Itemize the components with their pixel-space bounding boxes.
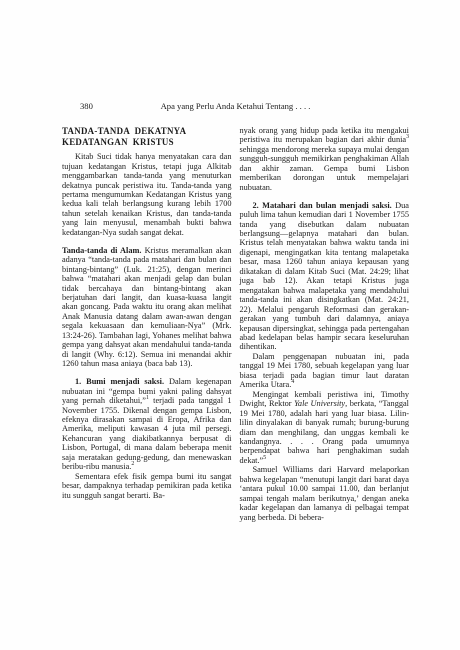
run-in-heading: Tanda-tanda di Alam. <box>62 246 141 255</box>
run-in-heading: 2. Matahari dan bulan menjadi saksi. <box>253 201 392 210</box>
paragraph-text: Dua puluh lima tahun kemudian dari 1 Nov… <box>240 201 410 352</box>
section-title-line2: KEDATANGAN KRISTUS <box>62 137 232 148</box>
paragraph-text: terjadi pada tanggal 1 November 1755. Di… <box>62 396 232 471</box>
paragraph-continuation: nyak orang yang hidup pada ketika itu me… <box>240 126 410 192</box>
running-header: 380 Apa yang Perlu Anda Ketahui Tentang … <box>62 101 409 113</box>
paragraph-text: Kristus meramalkan akan adanya “tanda-ta… <box>62 246 232 368</box>
right-column: nyak orang yang hidup pada ketika itu me… <box>240 126 410 536</box>
page-number: 380 <box>80 101 93 111</box>
paragraph-physical-effects: Sementara efek fisik gempa bumi itu sang… <box>62 472 232 500</box>
paragraph-sun-moon-witness: 2. Matahari dan bulan menjadi saksi. Dua… <box>240 201 410 352</box>
paragraph-text: Dalam penggenapan nubuatan ini, pada tan… <box>240 352 410 389</box>
section-title: TANDA-TANDA DEKATNYA KEDATANGAN KRISTUS <box>62 126 232 147</box>
paragraph-intro: Kitab Suci tidak hanya menyatakan cara d… <box>62 152 232 237</box>
paragraph-text: Kitab Suci tidak hanya menyatakan cara d… <box>62 152 232 237</box>
left-column: TANDA-TANDA DEKATNYA KEDATANGAN KRISTUS … <box>62 126 232 536</box>
paragraph-text: Samuel Williams dari Harvard melaporkan … <box>240 465 410 521</box>
paragraph-timothy-dwight: Mengingat kembali peristiwa ini, Timothy… <box>240 390 410 466</box>
paragraph-samuel-williams: Samuel Williams dari Harvard melaporkan … <box>240 465 410 522</box>
paragraph-dark-day: Dalam penggenapan nubuatan ini, pada tan… <box>240 352 410 390</box>
footnote-marker-3: 3 <box>406 135 409 141</box>
paragraph-text: nyak orang yang hidup pada ketika itu me… <box>240 126 410 144</box>
italic-text: Yale University <box>294 399 345 408</box>
paragraph-text: Sementara efek fisik gempa bumi itu sang… <box>62 472 232 500</box>
section-title-line1: TANDA-TANDA DEKATNYA <box>62 126 232 137</box>
run-in-heading: 1. Bumi menjadi saksi. <box>75 377 164 386</box>
paragraph-signs-in-nature: Tanda-tanda di Alam. Kristus meramalkan … <box>62 246 232 369</box>
paragraph-earth-witness: 1. Bumi menjadi saksi. Dalam kegenapan n… <box>62 377 232 472</box>
two-column-text-block: TANDA-TANDA DEKATNYA KEDATANGAN KRISTUS … <box>62 126 409 536</box>
footnote-marker-2: 2 <box>131 461 134 467</box>
book-page: 380 Apa yang Perlu Anda Ketahui Tentang … <box>0 0 460 650</box>
footnote-marker-5: 5 <box>263 455 266 461</box>
running-title: Apa yang Perlu Anda Ketahui Tentang . . … <box>62 101 409 111</box>
paragraph-text: sehingga mendorong mereka supaya mulai d… <box>240 145 410 192</box>
footnote-marker-4: 4 <box>291 380 294 386</box>
